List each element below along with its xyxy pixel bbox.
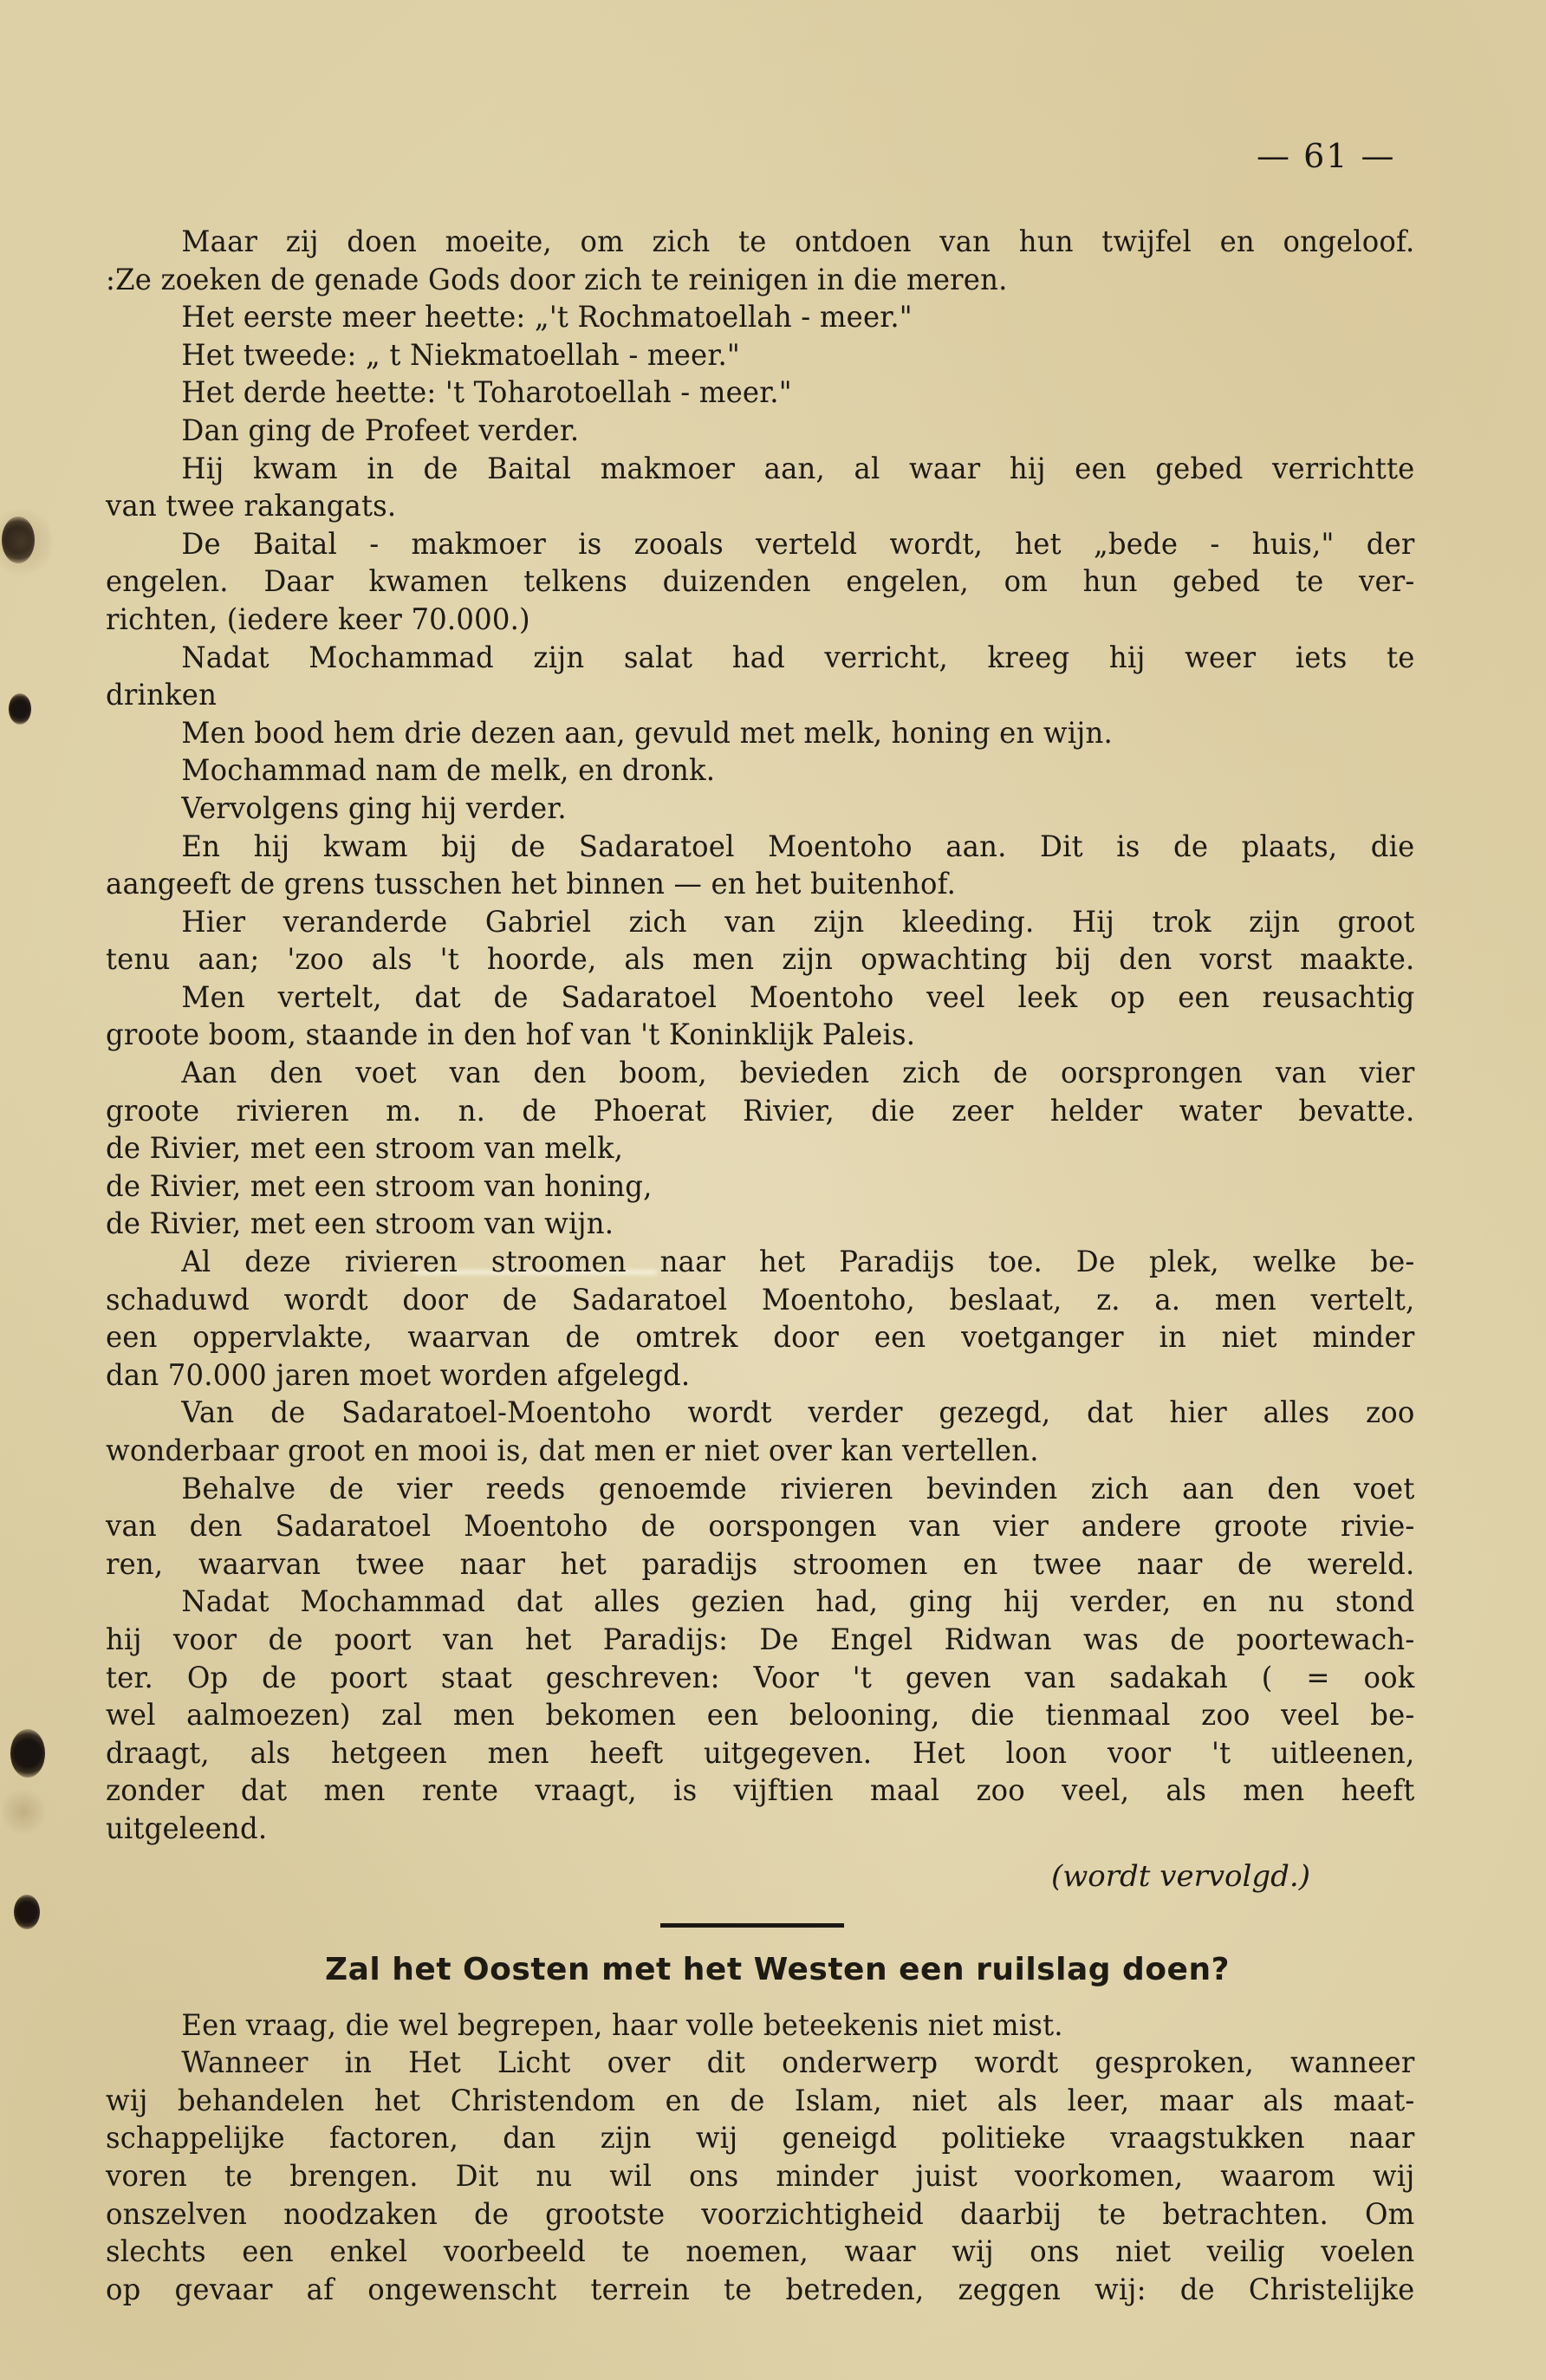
stain	[0, 503, 52, 581]
text-line: Al deze rivieren stroomen naar het Parad…	[106, 1244, 1415, 1282]
article-continuation: Maar zij doen moeite, om zich te ontdoen…	[106, 224, 1414, 1849]
text-line: Van de Sadaratoel-Moentoho wordt verder …	[106, 1395, 1415, 1433]
text-line: Wanneer in Het Licht over dit onderwerp …	[106, 2045, 1415, 2083]
text-line: Een vraag, die wel begrepen, haar volle …	[106, 2007, 1415, 2045]
text-line: uitgeleend.	[106, 1811, 1415, 1849]
text-line: de Rivier, met een stroom van wijn.	[106, 1206, 1415, 1244]
text-line: Het derde heette: 't Toharotoellah - mee…	[106, 374, 1415, 413]
text-line: voren te brengen. Dit nu wil ons minder …	[106, 2158, 1415, 2196]
text-line: Nadat Mochammad dat alles gezien had, gi…	[106, 1583, 1415, 1622]
text-line: aangeeft de grens tusschen het binnen — …	[106, 866, 1415, 904]
punch-hole-3	[10, 1729, 45, 1778]
text-line: van twee rakangats.	[106, 488, 1415, 526]
text-line: Men vertelt, dat de Sadaratoel Moentoho …	[106, 979, 1415, 1018]
text-line: Behalve de vier reeds genoemde rivieren …	[106, 1471, 1415, 1509]
text-line: Maar zij doen moeite, om zich te ontdoen…	[106, 224, 1415, 262]
text-line: groote rivieren m. n. de Phoerat Rivier,…	[106, 1093, 1415, 1131]
text-line: dan 70.000 jaren moet worden afgelegd.	[106, 1357, 1415, 1395]
text-line: tenu aan; 'zoo als 't hoorde, als men zi…	[106, 941, 1415, 979]
text-line: Nadat Mochammad zijn salat had verricht,…	[106, 640, 1415, 678]
text-line: engelen. Daar kwamen telkens duizenden e…	[106, 563, 1415, 602]
text-line: Hier veranderde Gabriel zich van zijn kl…	[106, 904, 1415, 942]
text-line: wel aalmoezen) zal men bekomen een beloo…	[106, 1697, 1415, 1735]
text-column: Maar zij doen moeite, om zich te ontdoen…	[106, 224, 1414, 2309]
text-line: draagt, als hetgeen men heeft uitgegeven…	[106, 1735, 1415, 1773]
text-line: de Rivier, met een stroom van honing,	[106, 1168, 1415, 1206]
text-line: Hij kwam in de Baital makmoer aan, al wa…	[106, 451, 1415, 489]
text-line: drinken	[106, 677, 1415, 715]
text-line: Het tweede: „ t Niekmatoellah - meer."	[106, 337, 1415, 375]
page-number: — 61 —	[1257, 137, 1396, 175]
text-line: Dan ging de Profeet verder.	[106, 413, 1415, 451]
section-divider	[660, 1923, 844, 1928]
text-line: schaduwd wordt door de Sadaratoel Moento…	[106, 1282, 1415, 1320]
text-line: Aan den voet van den boom, bevieden zich…	[106, 1055, 1415, 1093]
text-line: de Rivier, met een stroom van melk,	[106, 1130, 1415, 1168]
text-line: ter. Op de poort staat geschreven: Voor …	[106, 1660, 1415, 1698]
scanned-page: — 61 — Maar zij doen moeite, om zich te …	[0, 0, 1546, 2380]
text-line: schappelijke factoren, dan zijn wij gene…	[106, 2120, 1415, 2158]
text-line: richten, (iedere keer 70.000.)	[106, 602, 1415, 640]
text-line: slechts een enkel voorbeeld te noemen, w…	[106, 2234, 1415, 2272]
stain	[2, 1785, 45, 1837]
article-title: Zal het Oosten met het Westen een ruilsl…	[106, 1945, 1449, 1995]
text-line: :Ze zoeken de genade Gods door zich te r…	[106, 262, 1415, 300]
text-line: wij behandelen het Christendom en de Isl…	[106, 2083, 1415, 2121]
text-line: Het eerste meer heette: „'t Rochmatoella…	[106, 299, 1415, 337]
text-line: Men bood hem drie dezen aan, gevuld met …	[106, 715, 1415, 753]
text-line: op gevaar af ongewenscht terrein te betr…	[106, 2272, 1415, 2310]
text-line: onszelven noodzaken de grootste voorzich…	[106, 2196, 1415, 2234]
text-line: ren, waarvan twee naar het paradijs stro…	[106, 1546, 1415, 1584]
punch-hole-2	[9, 693, 31, 725]
text-line: En hij kwam bij de Sadaratoel Moentoho a…	[106, 829, 1415, 867]
text-line: wonderbaar groot en mooi is, dat men er …	[106, 1433, 1415, 1471]
text-line: Vervolgens ging hij verder.	[106, 790, 1415, 829]
text-line: De Baital - makmoer is zooals verteld wo…	[106, 526, 1415, 564]
text-line: zonder dat men rente vraagt, is vijftien…	[106, 1772, 1415, 1811]
text-line: Mochammad nam de melk, en dronk.	[106, 752, 1415, 790]
to-be-continued-note: (wordt vervolgd.)	[106, 1852, 1414, 1901]
text-line: hij voor de poort van het Paradijs: De E…	[106, 1622, 1415, 1660]
text-line: een oppervlakte, waarvan de omtrek door …	[106, 1319, 1415, 1357]
text-line: groote boom, staande in den hof van 't K…	[106, 1017, 1415, 1055]
punch-hole-4	[14, 1895, 40, 1929]
article-body: Een vraag, die wel begrepen, haar volle …	[106, 2007, 1414, 2310]
text-line: van den Sadaratoel Moentoho de oorsponge…	[106, 1508, 1415, 1546]
